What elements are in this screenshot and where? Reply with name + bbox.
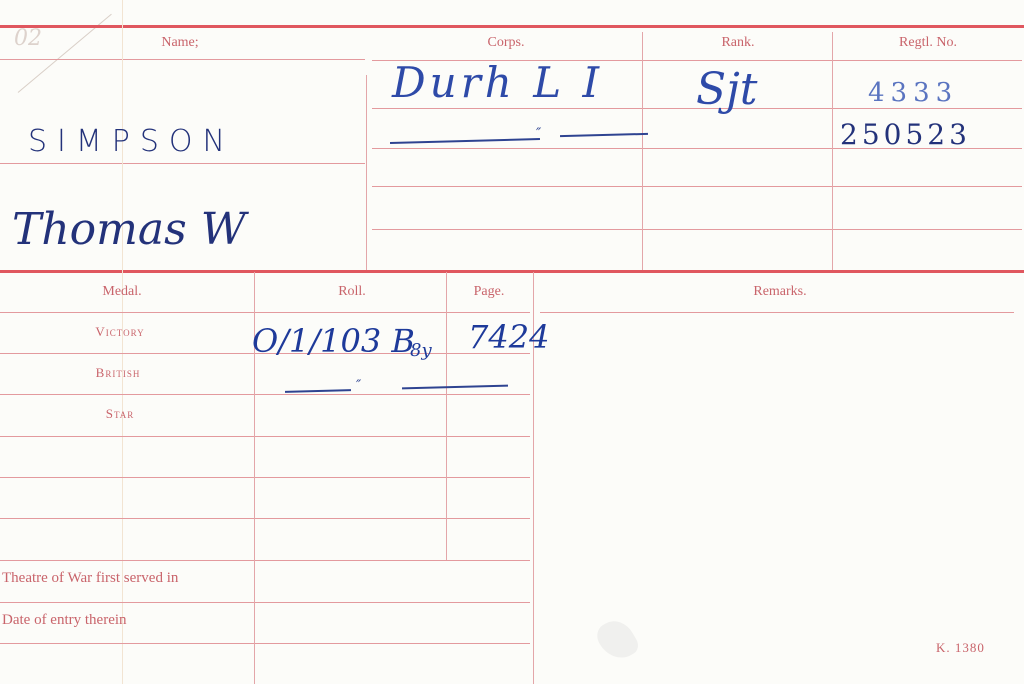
label-date-of-entry: Date of entry therein: [2, 612, 127, 629]
header-regtl-no: Regtl. No.: [899, 35, 957, 51]
label-theatre-of-war: Theatre of War first served in: [2, 570, 178, 587]
divider-rank-regtl: [832, 32, 833, 270]
victory-page-entry: 7424: [468, 318, 549, 356]
rule-row-british: [0, 394, 530, 395]
victory-roll-entry: O/1/103 B: [252, 322, 415, 360]
divider-corps-rank: [642, 32, 643, 270]
corps-entry: Durh L I: [392, 58, 603, 107]
rule-remarks-header: [540, 312, 1014, 313]
form-number: K. 1380: [936, 640, 985, 656]
rule-top: [0, 25, 1024, 28]
rule-corps-5: [372, 229, 1022, 230]
divider-roll-page: [446, 272, 447, 560]
rule-mid: [0, 270, 1024, 273]
british-ditto-line-left: [285, 389, 351, 393]
british-ditto-mark: ″: [356, 378, 361, 394]
header-name: Name;: [161, 35, 198, 51]
regtl-no-entry-2: 250523: [840, 118, 971, 151]
british-ditto-line-right: [402, 385, 508, 390]
rule-row-6: [0, 560, 530, 561]
rule-corps-4: [372, 186, 1022, 187]
medal-british: British: [96, 365, 141, 381]
regtl-no-entry-1: 4333: [868, 78, 958, 108]
corps-ditto-line-right: [560, 133, 648, 137]
header-medal: Medal.: [102, 284, 141, 300]
header-rank: Rank.: [721, 35, 754, 51]
header-corps: Corps.: [488, 35, 525, 51]
medal-star: Star: [106, 406, 135, 422]
forenames-entry: Thomas W: [12, 204, 246, 255]
rule-name-header: [0, 59, 365, 60]
embossed-stamp-icon: [592, 614, 641, 666]
pencil-annotation: 02: [14, 26, 42, 51]
corps-ditto-line-left: [390, 138, 540, 144]
header-remarks: Remarks.: [753, 284, 806, 300]
rule-medal-header: [0, 312, 530, 313]
victory-roll-suffix: 8y: [410, 340, 432, 361]
medal-victory: Victory: [95, 324, 144, 340]
medal-index-card: 02 Name; Corps. Rank. Regtl. No. SIMPSON…: [0, 0, 1024, 684]
rule-row-4: [0, 477, 530, 478]
surname-entry: SIMPSON: [28, 124, 235, 159]
rule-theatre: [0, 602, 530, 603]
corps-ditto-mark: ″: [536, 126, 541, 142]
rule-name-mid: [0, 163, 365, 164]
rule-date: [0, 643, 530, 644]
header-page: Page.: [474, 284, 505, 300]
rule-row-star: [0, 436, 530, 437]
divider-name-corps: [366, 75, 367, 270]
rule-row-5: [0, 518, 530, 519]
rank-entry: Sjt: [696, 64, 757, 115]
header-roll: Roll.: [338, 284, 366, 300]
